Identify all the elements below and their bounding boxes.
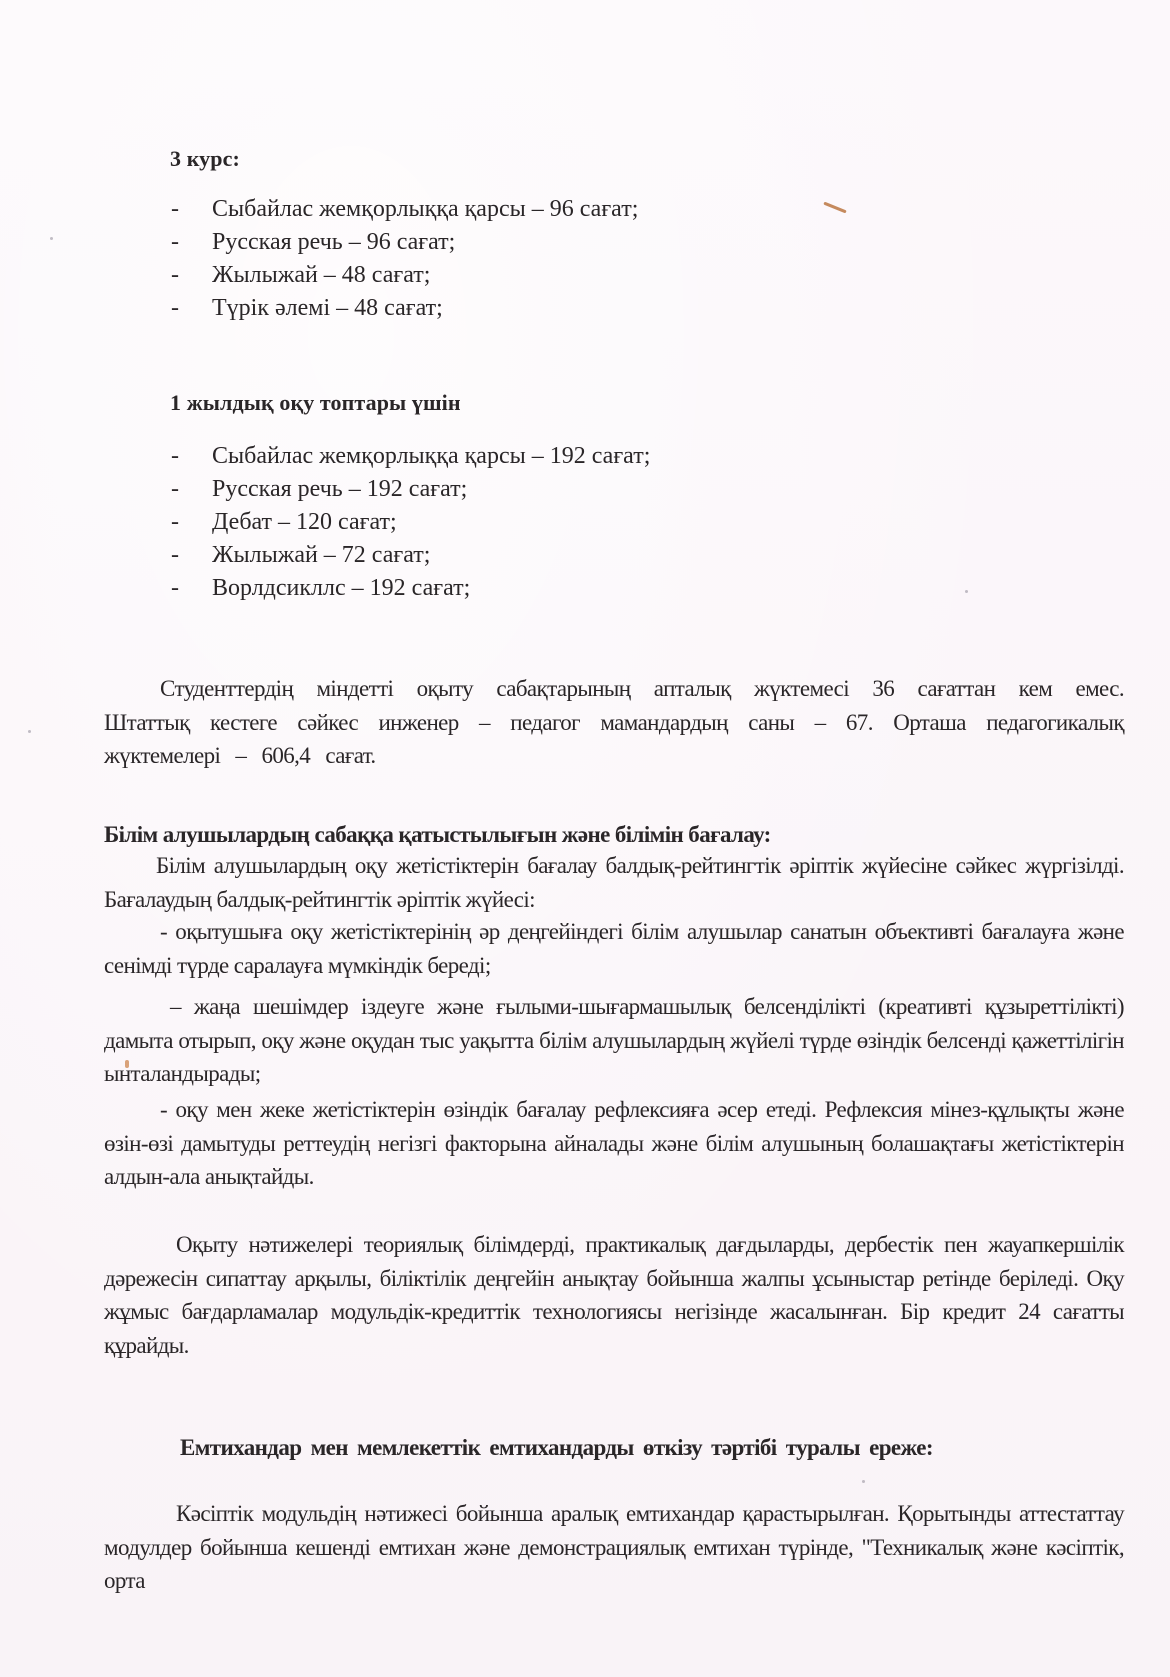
list-dash: - [171, 440, 179, 473]
scan-speck [965, 590, 968, 593]
list-item-text: Русская речь – 192 сағат; [212, 476, 467, 502]
list-item: -Түрік әлемі – 48 сағат; [171, 292, 638, 325]
list-dash: - [171, 539, 179, 572]
list-dash: - [171, 292, 179, 325]
scan-speck [125, 1060, 129, 1068]
list-dash: - [171, 506, 179, 539]
list-item-text: Түрік әлемі – 48 сағат; [212, 295, 443, 321]
list-dash: - [171, 259, 179, 292]
list-dash: - [171, 193, 179, 226]
exams-heading: Емтихандар мен мемлекеттік емтихандарды … [104, 1431, 1124, 1464]
list-item-text: Ворлдсикллс – 192 сағат; [212, 575, 470, 601]
list-item-text: Сыбайлас жемқорлыққа қарсы – 96 сағат; [212, 196, 638, 222]
list-item: -Жылыжай – 48 сағат; [171, 259, 638, 292]
assessment-intro-paragraph: Білім алушылардың оқу жетістіктерін баға… [104, 849, 1124, 916]
list-dash: - [171, 572, 179, 605]
course-3-heading: 3 курс: [170, 146, 240, 172]
list-item-text: Русская речь – 96 сағат; [212, 229, 455, 255]
list-dash: - [171, 473, 179, 506]
list-item: -Русская речь – 192 сағат; [171, 473, 650, 506]
scan-speck [862, 1480, 865, 1483]
list-item: -Сыбайлас жемқорлыққа қарсы – 192 сағат; [171, 440, 650, 473]
pen-mark [823, 202, 846, 214]
assessment-bullet-2: – жаңа шешімдер іздеуге және ғылыми-шыға… [104, 990, 1124, 1091]
one-year-groups-subject-list: -Сыбайлас жемқорлыққа қарсы – 192 сағат;… [171, 440, 650, 605]
list-item: -Жылыжай – 72 сағат; [171, 539, 650, 572]
scan-speck [50, 237, 53, 240]
scan-speck [28, 730, 31, 733]
list-item: -Русская речь – 96 сағат; [171, 226, 638, 259]
assessment-bullet-3: - оқу мен жеке жетістіктерін өзіндік бағ… [104, 1093, 1124, 1194]
list-item: -Ворлдсикллс – 192 сағат; [171, 572, 650, 605]
list-item: -Сыбайлас жемқорлыққа қарсы – 96 сағат; [171, 193, 638, 226]
list-item-text: Сыбайлас жемқорлыққа қарсы – 192 сағат; [212, 443, 650, 469]
assessment-bullet-1: - оқытушыға оқу жетістіктерінің әр деңге… [104, 915, 1124, 982]
exams-paragraph: Кәсіптік модульдің нәтижесі бойынша арал… [104, 1497, 1124, 1598]
list-item-text: Дебат – 120 сағат; [212, 509, 397, 535]
list-item: -Дебат – 120 сағат; [171, 506, 650, 539]
learning-outcomes-paragraph: Оқыту нәтижелері теориялық білімдерді, п… [104, 1228, 1124, 1362]
list-item-text: Жылыжай – 48 сағат; [212, 262, 430, 288]
list-dash: - [171, 226, 179, 259]
course-3-subject-list: -Сыбайлас жемқорлыққа қарсы – 96 сағат; … [171, 193, 638, 325]
assessment-heading: Білім алушылардың сабаққа қатыстылығын ж… [104, 818, 771, 851]
scanned-page: 3 курс: -Сыбайлас жемқорлыққа қарсы – 96… [0, 0, 1170, 1677]
list-item-text: Жылыжай – 72 сағат; [212, 542, 430, 568]
one-year-groups-heading: 1 жылдық оқу топтары үшін [170, 390, 461, 416]
workload-paragraph: Студенттердің міндетті оқыту сабақтарыны… [104, 672, 1124, 773]
